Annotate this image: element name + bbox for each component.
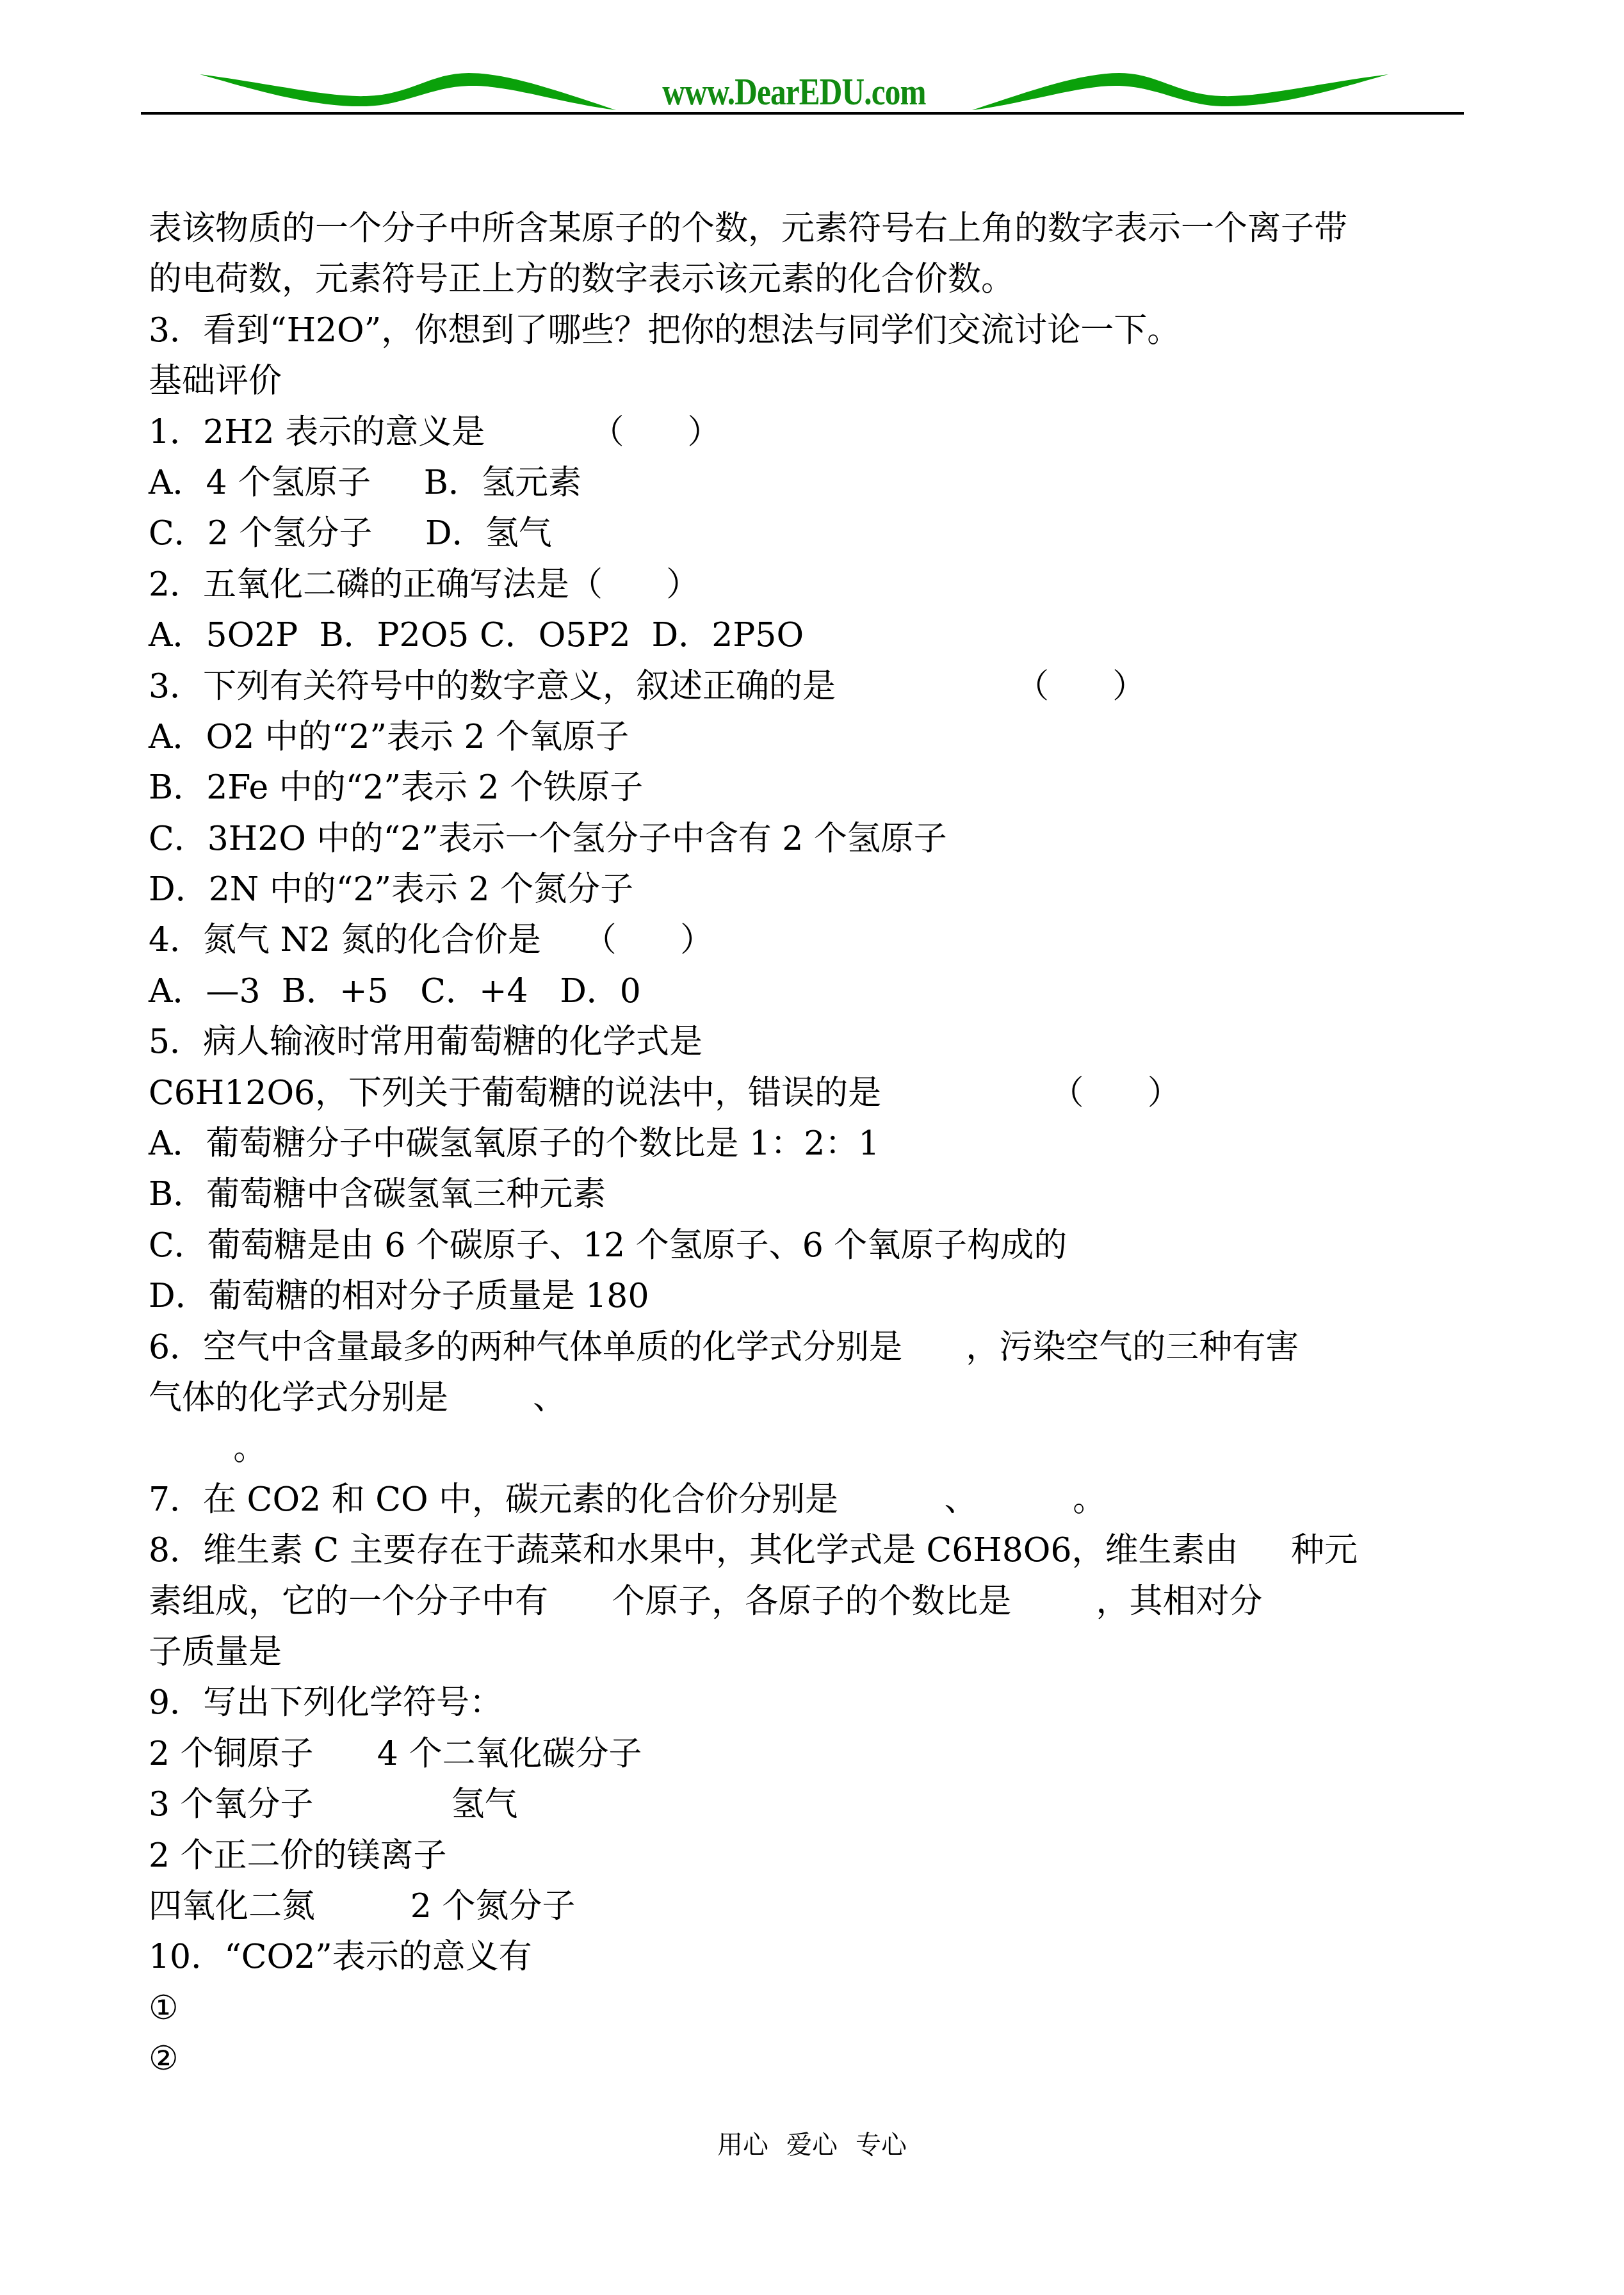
- page-header: www.DearEDU.com: [0, 0, 1624, 128]
- text-line: 的电荷数，元素符号正上方的数字表示该元素的化合价数。: [149, 254, 1493, 305]
- question-3-option-a: A．O2 中的“2”表示 2 个氧原子: [149, 712, 1493, 763]
- question-5-option-d: D．葡萄糖的相对分子质量是 180: [149, 1271, 1493, 1322]
- question-9-item-row1: 2 个铜原子 4 个二氧化碳分子: [149, 1729, 1493, 1780]
- question-9-item-row2: 3 个氧分子 氢气: [149, 1780, 1493, 1830]
- question-10: 10．“CO2”表示的意义有: [149, 1932, 1493, 1983]
- section-heading: 基础评价: [149, 356, 1493, 407]
- question-4-options: A．—3 B．+5 C．+4 D．0: [149, 966, 1493, 1017]
- question-6: 6．空气中含量最多的两种气体单质的化学式分别是 ，污染空气的三种有害: [149, 1322, 1493, 1373]
- question-4: 4．氮气 N2 氮的化合价是 （ ）: [149, 915, 1493, 966]
- question-2-options: A．5O2P B．P2O5 C．O5P2 D．2P5O: [149, 610, 1493, 661]
- document-body: 表该物质的一个分子中所含某原子的个数，元素符号右上角的数字表示一个离子带 的电荷…: [149, 204, 1493, 2084]
- question-3-option-b: B．2Fe 中的“2”表示 2 个铁原子: [149, 763, 1493, 813]
- question-1: 1．2H2 表示的意义是 （ ）: [149, 407, 1493, 458]
- question-6-end: 。: [149, 1423, 1493, 1474]
- site-logo: www.DearEDU.com: [200, 72, 1388, 111]
- question-3-option-c: C．3H2O 中的“2”表示一个氢分子中含有 2 个氢原子: [149, 814, 1493, 864]
- question-5-cont: C6H12O6，下列关于葡萄糖的说法中，错误的是 （ ）: [149, 1068, 1493, 1119]
- question-8-cont: 素组成，它的一个分子中有 个原子，各原子的个数比是 ，其相对分: [149, 1577, 1493, 1627]
- question-1-options-cd: C．2 个氢分子 D．氢气: [149, 508, 1493, 559]
- question-3: 3．下列有关符号中的数字意义，叙述正确的是 （ ）: [149, 661, 1493, 712]
- question-5-option-a: A．葡萄糖分子中碳氢氧原子的个数比是 1：2：1: [149, 1119, 1493, 1169]
- question-3-option-d: D．2N 中的“2”表示 2 个氮分子: [149, 864, 1493, 915]
- footer-item: 专心: [856, 2130, 907, 2160]
- logo-text: www.DearEDU.com: [307, 72, 1281, 111]
- question-5-option-b: B．葡萄糖中含碳氢氧三种元素: [149, 1169, 1493, 1220]
- question-9: 9．写出下列化学符号：: [149, 1678, 1493, 1728]
- header-divider: [141, 112, 1464, 115]
- question-10-answer-1: ①: [149, 1983, 1493, 2034]
- page-footer: 用心爱心专心: [0, 2126, 1624, 2164]
- question-6-cont: 气体的化学式分别是 、: [149, 1373, 1493, 1423]
- footer-item: 用心: [717, 2130, 768, 2160]
- question-5-option-c: C．葡萄糖是由 6 个碳原子、12 个氢原子、6 个氧原子构成的: [149, 1220, 1493, 1271]
- question-9-item-row3: 2 个正二价的镁离子: [149, 1831, 1493, 1881]
- question-3-discussion: 3．看到“H2O”，你想到了哪些？把你的想法与同学们交流讨论一下。: [149, 305, 1493, 356]
- text-line: 表该物质的一个分子中所含某原子的个数，元素符号右上角的数字表示一个离子带: [149, 204, 1493, 254]
- question-8-end: 子质量是: [149, 1627, 1493, 1678]
- question-8: 8．维生素 C 主要存在于蔬菜和水果中，其化学式是 C6H8O6，维生素由 种元: [149, 1525, 1493, 1576]
- footer-item: 爱心: [786, 2130, 838, 2160]
- question-1-options-ab: A．4 个氢原子 B．氢元素: [149, 458, 1493, 508]
- question-7: 7．在 CO2 和 CO 中，碳元素的化合价分别是 、 。: [149, 1475, 1493, 1525]
- question-9-item-row4: 四氧化二氮 2 个氮分子: [149, 1881, 1493, 1932]
- question-5: 5．病人输液时常用葡萄糖的化学式是: [149, 1017, 1493, 1067]
- question-2: 2．五氧化二磷的正确写法是（ ）: [149, 560, 1493, 610]
- question-10-answer-2: ②: [149, 2034, 1493, 2084]
